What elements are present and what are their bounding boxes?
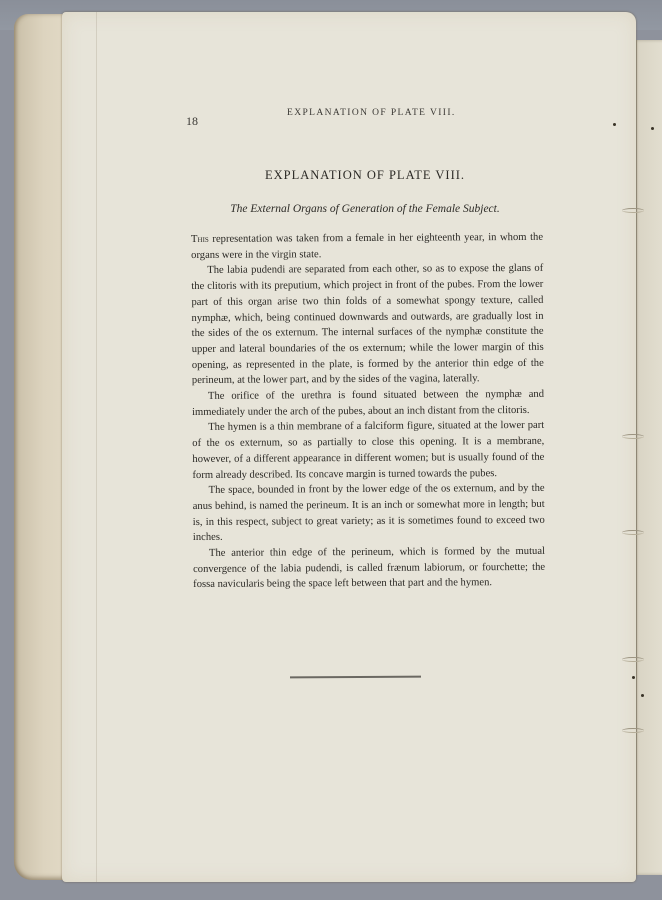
binding-stitch [622,530,644,535]
binding-hole [651,127,654,130]
page-inner-edge [96,12,97,882]
page-title: EXPLANATION OF PLATE VIII. [0,168,662,183]
paragraph-text: representation was taken from a female i… [191,232,543,261]
body-text: This representation was taken from a fem… [191,230,545,593]
paragraph: The anterior thin edge of the perineum, … [193,544,545,593]
binding-hole [613,123,616,126]
binding-stitch-line [636,40,637,875]
paragraph: The labia pudendi are separated from eac… [191,261,544,389]
binding-stitch [622,657,644,662]
page-number: 18 [186,114,198,129]
binding-hole [641,694,644,697]
page-subtitle: The External Organs of Generation of the… [0,203,662,215]
paragraph-lead-word: This [191,234,209,245]
paragraph: The space, bounded in front by the lower… [193,481,545,546]
running-head: EXPLANATION OF PLATE VIII. [287,108,456,118]
binding-hole [632,676,635,679]
paragraph: The hymen is a thin membrane of a falcif… [192,418,544,483]
binding-stitch [622,434,644,439]
facing-page-edge [634,40,662,875]
paragraph: This representation was taken from a fem… [191,230,543,264]
paragraph: The orifice of the urethra is found situ… [192,387,544,421]
binding-stitch [622,728,644,733]
